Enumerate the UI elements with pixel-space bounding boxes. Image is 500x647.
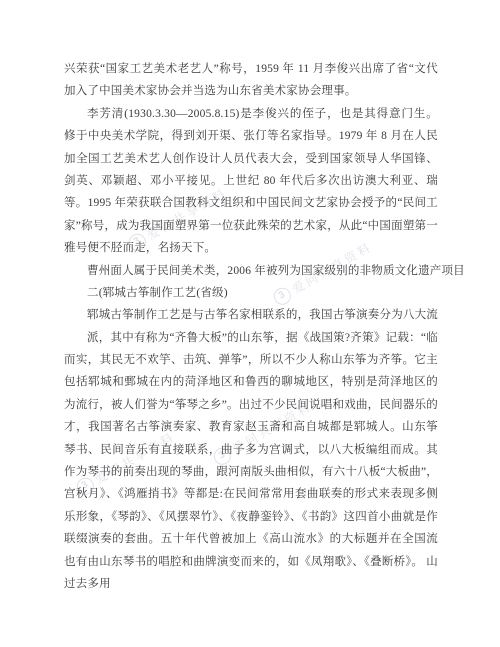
text-line: 也有由山东琴书的唱腔和曲牌演变而来的，如《凤翔歌》、《叠断桥》。 山东筝 xyxy=(64,551,438,573)
text-line: 家”称号，成为我国面塑界第一位获此殊荣的艺术家，从此“中国面塑第一人”的 xyxy=(64,215,438,237)
text-line: 乐形象，《琴韵》、《风摆翠竹》、《夜静銮铃》、《书韵》这四首小曲就是作为 xyxy=(64,506,438,528)
text-line: 曹州面人属于民间美术类，2006 年被列为国家级别的非物质文化遗产项目 xyxy=(64,260,438,282)
document-lines: 兴荣获“国家工艺美术老艺人”称号，1959 年 11 月李俊兴出席了省“文代会”… xyxy=(64,58,438,595)
text-line: 加入了中国美术家协会并当选为山东省美术家协会理事。 xyxy=(64,80,438,102)
text-line: 而实，其民无不欢竽、击筑、弹筝”，所以不少人称山东筝为齐筝。它主要流传在 xyxy=(64,349,438,371)
text-line: 修于中央美术学院，得到刘开渠、张仃等名家指导。1979 年 8 月在人民大会堂参 xyxy=(64,125,438,147)
text-line: 等。1995 年荣获联合国教科文组织和中国民间文艺家协会授予的“民间工艺美术 xyxy=(64,192,438,214)
text-line: 联缀演奏的套曲。五十年代曾被加上《高山流水》的大标题并在全国流行。另外， xyxy=(64,528,438,550)
text-line: 兴荣获“国家工艺美术老艺人”称号，1959 年 11 月李俊兴出席了省“文代会”… xyxy=(64,58,438,80)
text-line: 雅号便不胫而走，名扬天下。 xyxy=(64,237,438,259)
text-line: 李芳清(1930.3.30—2005.8.15)是李俊兴的侄子，也是其得意门生。… xyxy=(64,103,438,125)
text-line: 作为琴书的前奏出现的琴曲，跟河南版头曲相似，有六十八板“大板曲”，像《汉 xyxy=(64,461,438,483)
text-line: 包括郓城和鄄城在内的菏泽地区和鲁西的聊城地区，特别是菏泽地区的民间音乐甚 xyxy=(64,371,438,393)
text-line: 派，其中有称为“齐鲁大板”的山东筝，据《战国策?齐策》记载：“临淄其富 xyxy=(64,327,438,349)
text-line: 为流行，被人们誉为“筝琴之乡”。出过不少民间说唱和戏曲，民间器乐的演奏人 xyxy=(64,394,438,416)
text-line: 宫秋月》、《鸿雁捎书》等都是:在民间常常用套曲联奏的形式来表现多侧面的音 xyxy=(64,483,438,505)
text-line: 二(郓城古筝制作工艺(省级) xyxy=(64,282,438,304)
text-line: 过去多用 xyxy=(64,573,438,595)
text-line: 郓城古筝制作工艺是与古筝名家相联系的，我国古筝演奏分为八大流 xyxy=(64,304,438,326)
text-line: 琴书、民间音乐有直接联系，曲子多为宫调式，以八大板编组而成。其中一部分是 xyxy=(64,439,438,461)
text-line: 剑英、邓颖超、邓小平接见。上世纪 80 年代后多次出访澳大利亚、瑞士、德国 xyxy=(64,170,438,192)
document-page: 3爱问共享资料3爱问共享资料3爱问共享资料3爱问共享资料 兴荣获“国家工艺美术老… xyxy=(0,0,500,647)
text-line: 才，我国著名古筝演奏家、教育家赵玉斋和高自城都是郓城人。山东筝曲多和山东 xyxy=(64,416,438,438)
text-line: 加全国工艺美术艺人创作设计人员代表大会，受到国家领导人华国锋、李先念、叶 xyxy=(64,148,438,170)
